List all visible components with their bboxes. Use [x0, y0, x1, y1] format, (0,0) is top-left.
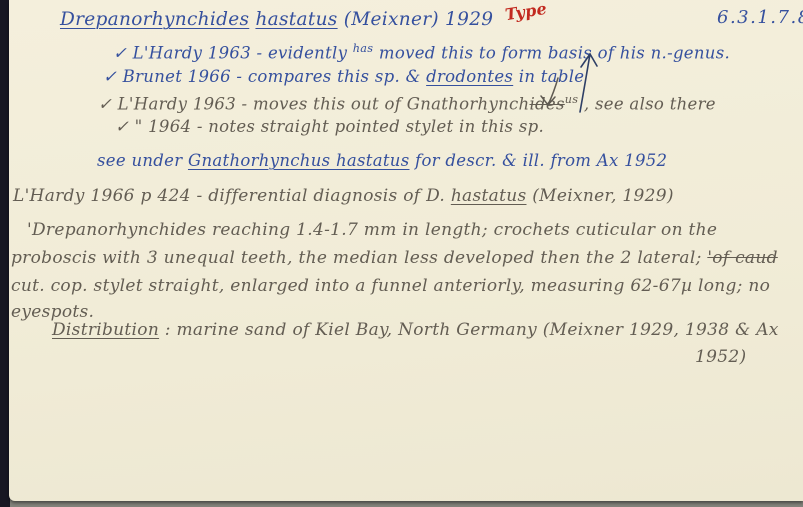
description-line-4: eyespots. — [11, 303, 94, 322]
text-segment: ✓ L'Hardy 1963 - evidently — [113, 44, 353, 63]
description-line-2: proboscis with 3 unequal teeth, the medi… — [11, 249, 778, 268]
entry-lhardy-1964: ✓ " 1964 - notes straight pointed stylet… — [115, 118, 544, 136]
text-segment: ides — [529, 95, 564, 114]
text-segment: for descr. & ill. from Ax 1952 — [410, 151, 668, 170]
type-annotation: Type — [504, 0, 548, 24]
text-segment: ✓ " 1964 - notes straight pointed stylet… — [115, 117, 544, 136]
text-segment: 6.3.1.7.8 — [717, 7, 803, 28]
text-segment: drodontes — [426, 67, 513, 86]
text-segment: Type — [504, 0, 548, 24]
text-segment: moved this to form basis of his n.-genus… — [373, 44, 730, 63]
text-segment: in table — [513, 67, 584, 86]
text-segment: 1952) — [695, 347, 746, 367]
description-line-3: cut. cop. stylet straight, enlarged into… — [11, 277, 770, 296]
text-segment: (Meixner) 1929 — [338, 9, 494, 30]
text-segment: eyespots. — [11, 302, 94, 322]
text-segment: (Meixner, 1929) — [527, 186, 674, 206]
text-segment: has — [353, 42, 374, 55]
entry-lhardy-1966: L'Hardy 1966 p 424 - differential diagno… — [13, 187, 674, 206]
catalog-number: 6.3.1.7.8 — [717, 8, 803, 28]
text-segment: proboscis with 3 unequal teeth, the medi… — [11, 248, 707, 268]
text-segment: 'of caud — [707, 248, 778, 268]
text-segment: : marine sand of Kiel Bay, North Germany… — [159, 320, 779, 340]
see-under-note: see under Gnathorhynchus hastatus for de… — [97, 152, 667, 170]
text-segment: , see also there — [578, 95, 716, 114]
species-title-line: Drepanorhynchides hastatus (Meixner) 192… — [60, 10, 493, 30]
entry-lhardy-1963-a: ✓ L'Hardy 1963 - evidently has moved thi… — [113, 43, 730, 63]
text-segment: hastatus — [451, 186, 527, 206]
text-segment: ✓ L'Hardy 1963 - moves this out of Gnath… — [98, 95, 529, 114]
distribution-line-continued: 1952) — [695, 348, 746, 367]
entry-lhardy-1963-b: ✓ L'Hardy 1963 - moves this out of Gnath… — [98, 94, 716, 114]
text-segment: Distribution — [52, 320, 159, 340]
text-segment: Gnathorhynchus hastatus — [188, 151, 410, 170]
text-segment: hastatus — [255, 9, 337, 30]
text-segment: cut. cop. stylet straight, enlarged into… — [11, 276, 770, 296]
description-line-1: 'Drepanorhynchides reaching 1.4-1.7 mm i… — [27, 221, 717, 240]
distribution-line: Distribution : marine sand of Kiel Bay, … — [52, 321, 779, 340]
text-segment: us — [565, 93, 579, 106]
text-segment: see under — [97, 151, 188, 170]
text-segment: 'Drepanorhynchides reaching 1.4-1.7 mm i… — [27, 220, 717, 240]
text-segment: Drepanorhynchides — [60, 9, 249, 30]
text-segment: L'Hardy 1966 p 424 - differential diagno… — [13, 186, 451, 206]
index-card: Drepanorhynchides hastatus (Meixner) 192… — [9, 0, 803, 501]
entry-brunet-1966: ✓ Brunet 1966 - compares this sp. & drod… — [103, 68, 584, 86]
text-segment: ✓ Brunet 1966 - compares this sp. & — [103, 67, 426, 86]
